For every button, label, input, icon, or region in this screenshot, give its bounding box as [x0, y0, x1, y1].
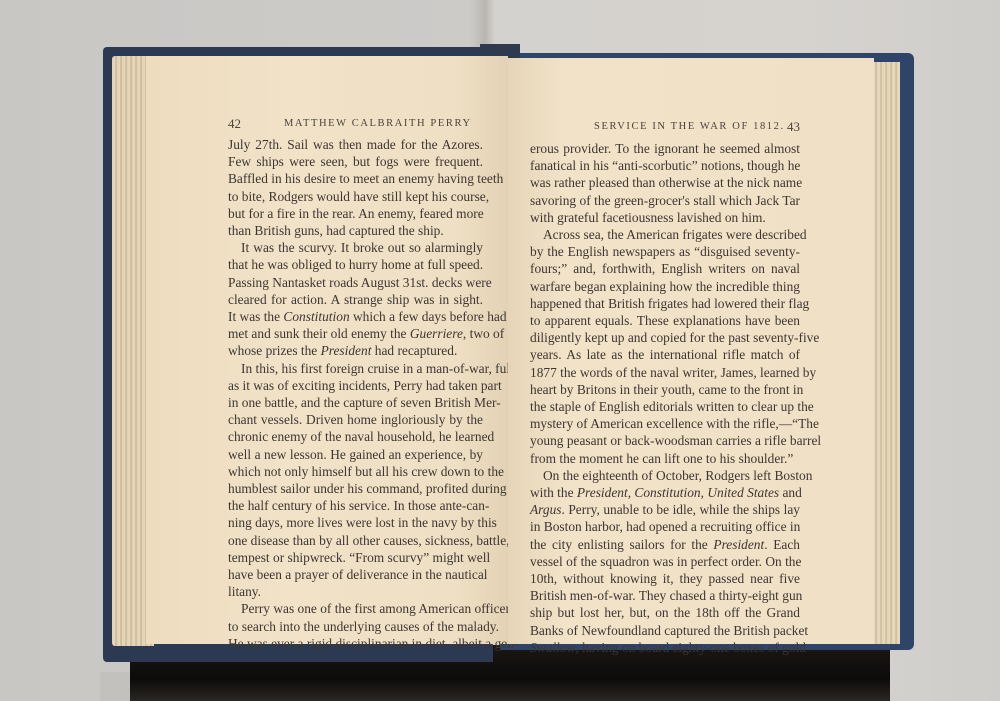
text-line: from the moment he can lift one to his s… [530, 450, 800, 467]
page-edges-right [872, 62, 900, 644]
text-line: one disease than by all other causes, si… [228, 532, 483, 549]
text-line: British men-of-war. They chased a thirty… [530, 587, 800, 604]
text-line: was rather pleased than otherwise at the… [530, 174, 800, 191]
text-line: Banks of Newfoundland captured the Briti… [530, 622, 800, 639]
text-line: happened that British frigates had lower… [530, 295, 800, 312]
text-line: met and sunk their old enemy the Guerrie… [228, 325, 483, 342]
text-line: cleared for action. A strange ship was i… [228, 291, 483, 308]
text-line: fanatical in his “anti-scorbutic” notion… [530, 157, 800, 174]
text-line: erous provider. To the ignorant he seeme… [530, 140, 800, 157]
text-line: young peasant or back-woodsman carries a… [530, 432, 800, 449]
text-line: On the eighteenth of October, Rodgers le… [530, 467, 800, 484]
text-line: years. As late as the international rifl… [530, 346, 800, 363]
text-line: well a new lesson. He gained an experien… [228, 446, 483, 463]
text-line: Baffled in his desire to meet an enemy h… [228, 170, 483, 187]
text-line: with the President, Constitution, United… [530, 484, 800, 501]
text-line: which not only himself but all his crew … [228, 463, 483, 480]
text-line: the city enlisting sailors for the Presi… [530, 536, 800, 553]
text-line: chant vessels. Driven home ingloriously … [228, 411, 483, 428]
running-head-left: MATTHEW CALBRAITH PERRY [284, 118, 472, 129]
text-line: with grateful facetiousness lavished on … [530, 209, 800, 226]
text-line: chronic enemy of the naval household, he… [228, 428, 483, 445]
text-line: Swallow, having on board eighty-one boxe… [530, 639, 800, 656]
text-line: the staple of English editorials written… [530, 398, 800, 415]
text-line: than British guns, had captured the ship… [228, 222, 483, 239]
text-line: by the English newspapers as “disguised … [530, 243, 800, 260]
text-line: Passing Nantasket roads August 31st. dec… [228, 274, 483, 291]
text-line: in one battle, and the capture of seven … [228, 394, 483, 411]
text-line: 10th, without knowing it, they passed ne… [530, 570, 800, 587]
text-line: warfare began explaining how the incredi… [530, 278, 800, 295]
text-line: Across sea, the American frigates were d… [530, 226, 800, 243]
text-line: as it was of exciting incidents, Perry h… [228, 377, 483, 394]
text-line: ning days, more lives were lost in the n… [228, 514, 483, 531]
text-line: July 27th. Sail was then made for the Az… [228, 136, 483, 153]
text-line: It was the Constitution which a few days… [228, 308, 483, 325]
text-line: diligently kept up and copied for the pa… [530, 329, 800, 346]
left-page: 42 MATTHEW CALBRAITH PERRY July 27th. Sa… [146, 56, 508, 644]
text-line: Perry was one of the first among America… [228, 600, 483, 617]
text-line: In this, his first foreign cruise in a m… [228, 360, 483, 377]
text-line: ship but lost her, but, on the 18th off … [530, 604, 800, 621]
text-line: 1877 the words of the naval writer, Jame… [530, 364, 800, 381]
text-line: It was the scurvy. It broke out so alarm… [228, 239, 483, 256]
text-line: heart by Britons in their youth, came to… [530, 381, 800, 398]
text-line: tempest or shipwreck. “From scurvy” migh… [228, 549, 483, 566]
text-line: Argus. Perry, unable to be idle, while t… [530, 501, 800, 518]
text-line: savoring of the green-grocer's stall whi… [530, 192, 800, 209]
text-line: Few ships were seen, but fogs were frequ… [228, 153, 483, 170]
left-page-body: July 27th. Sail was then made for the Az… [228, 136, 483, 652]
text-line: in Boston harbor, had opened a recruitin… [530, 518, 800, 535]
text-line: litany. [228, 583, 483, 600]
text-line: vessel of the squadron was in perfect or… [530, 553, 800, 570]
page-number-left: 42 [228, 116, 241, 132]
text-line: He was ever a rigid disciplinarian in di… [228, 635, 483, 652]
text-line: whose prizes the President had recapture… [228, 342, 483, 359]
page-number-right: 43 [787, 119, 800, 135]
right-page: SERVICE IN THE WAR OF 1812. 43 erous pro… [508, 58, 874, 644]
text-line: mystery of American excellence with the … [530, 415, 800, 432]
running-head-right: SERVICE IN THE WAR OF 1812. [594, 121, 785, 132]
right-page-body: erous provider. To the ignorant he seeme… [530, 140, 800, 656]
text-line: have been a prayer of deliverance in the… [228, 566, 483, 583]
text-line: that he was obliged to hurry home at ful… [228, 256, 483, 273]
text-line: humblest sailor under his command, profi… [228, 480, 483, 497]
text-line: to search into the underlying causes of … [228, 618, 483, 635]
text-line: fours;” and, forthwith, English writers … [530, 260, 800, 277]
text-line: but for a fire in the rear. An enemy, fe… [228, 205, 483, 222]
text-line: to apparent equals. These explanations h… [530, 312, 800, 329]
text-line: to bite, Rodgers would have still kept h… [228, 188, 483, 205]
text-line: the half century of his service. In thos… [228, 497, 483, 514]
